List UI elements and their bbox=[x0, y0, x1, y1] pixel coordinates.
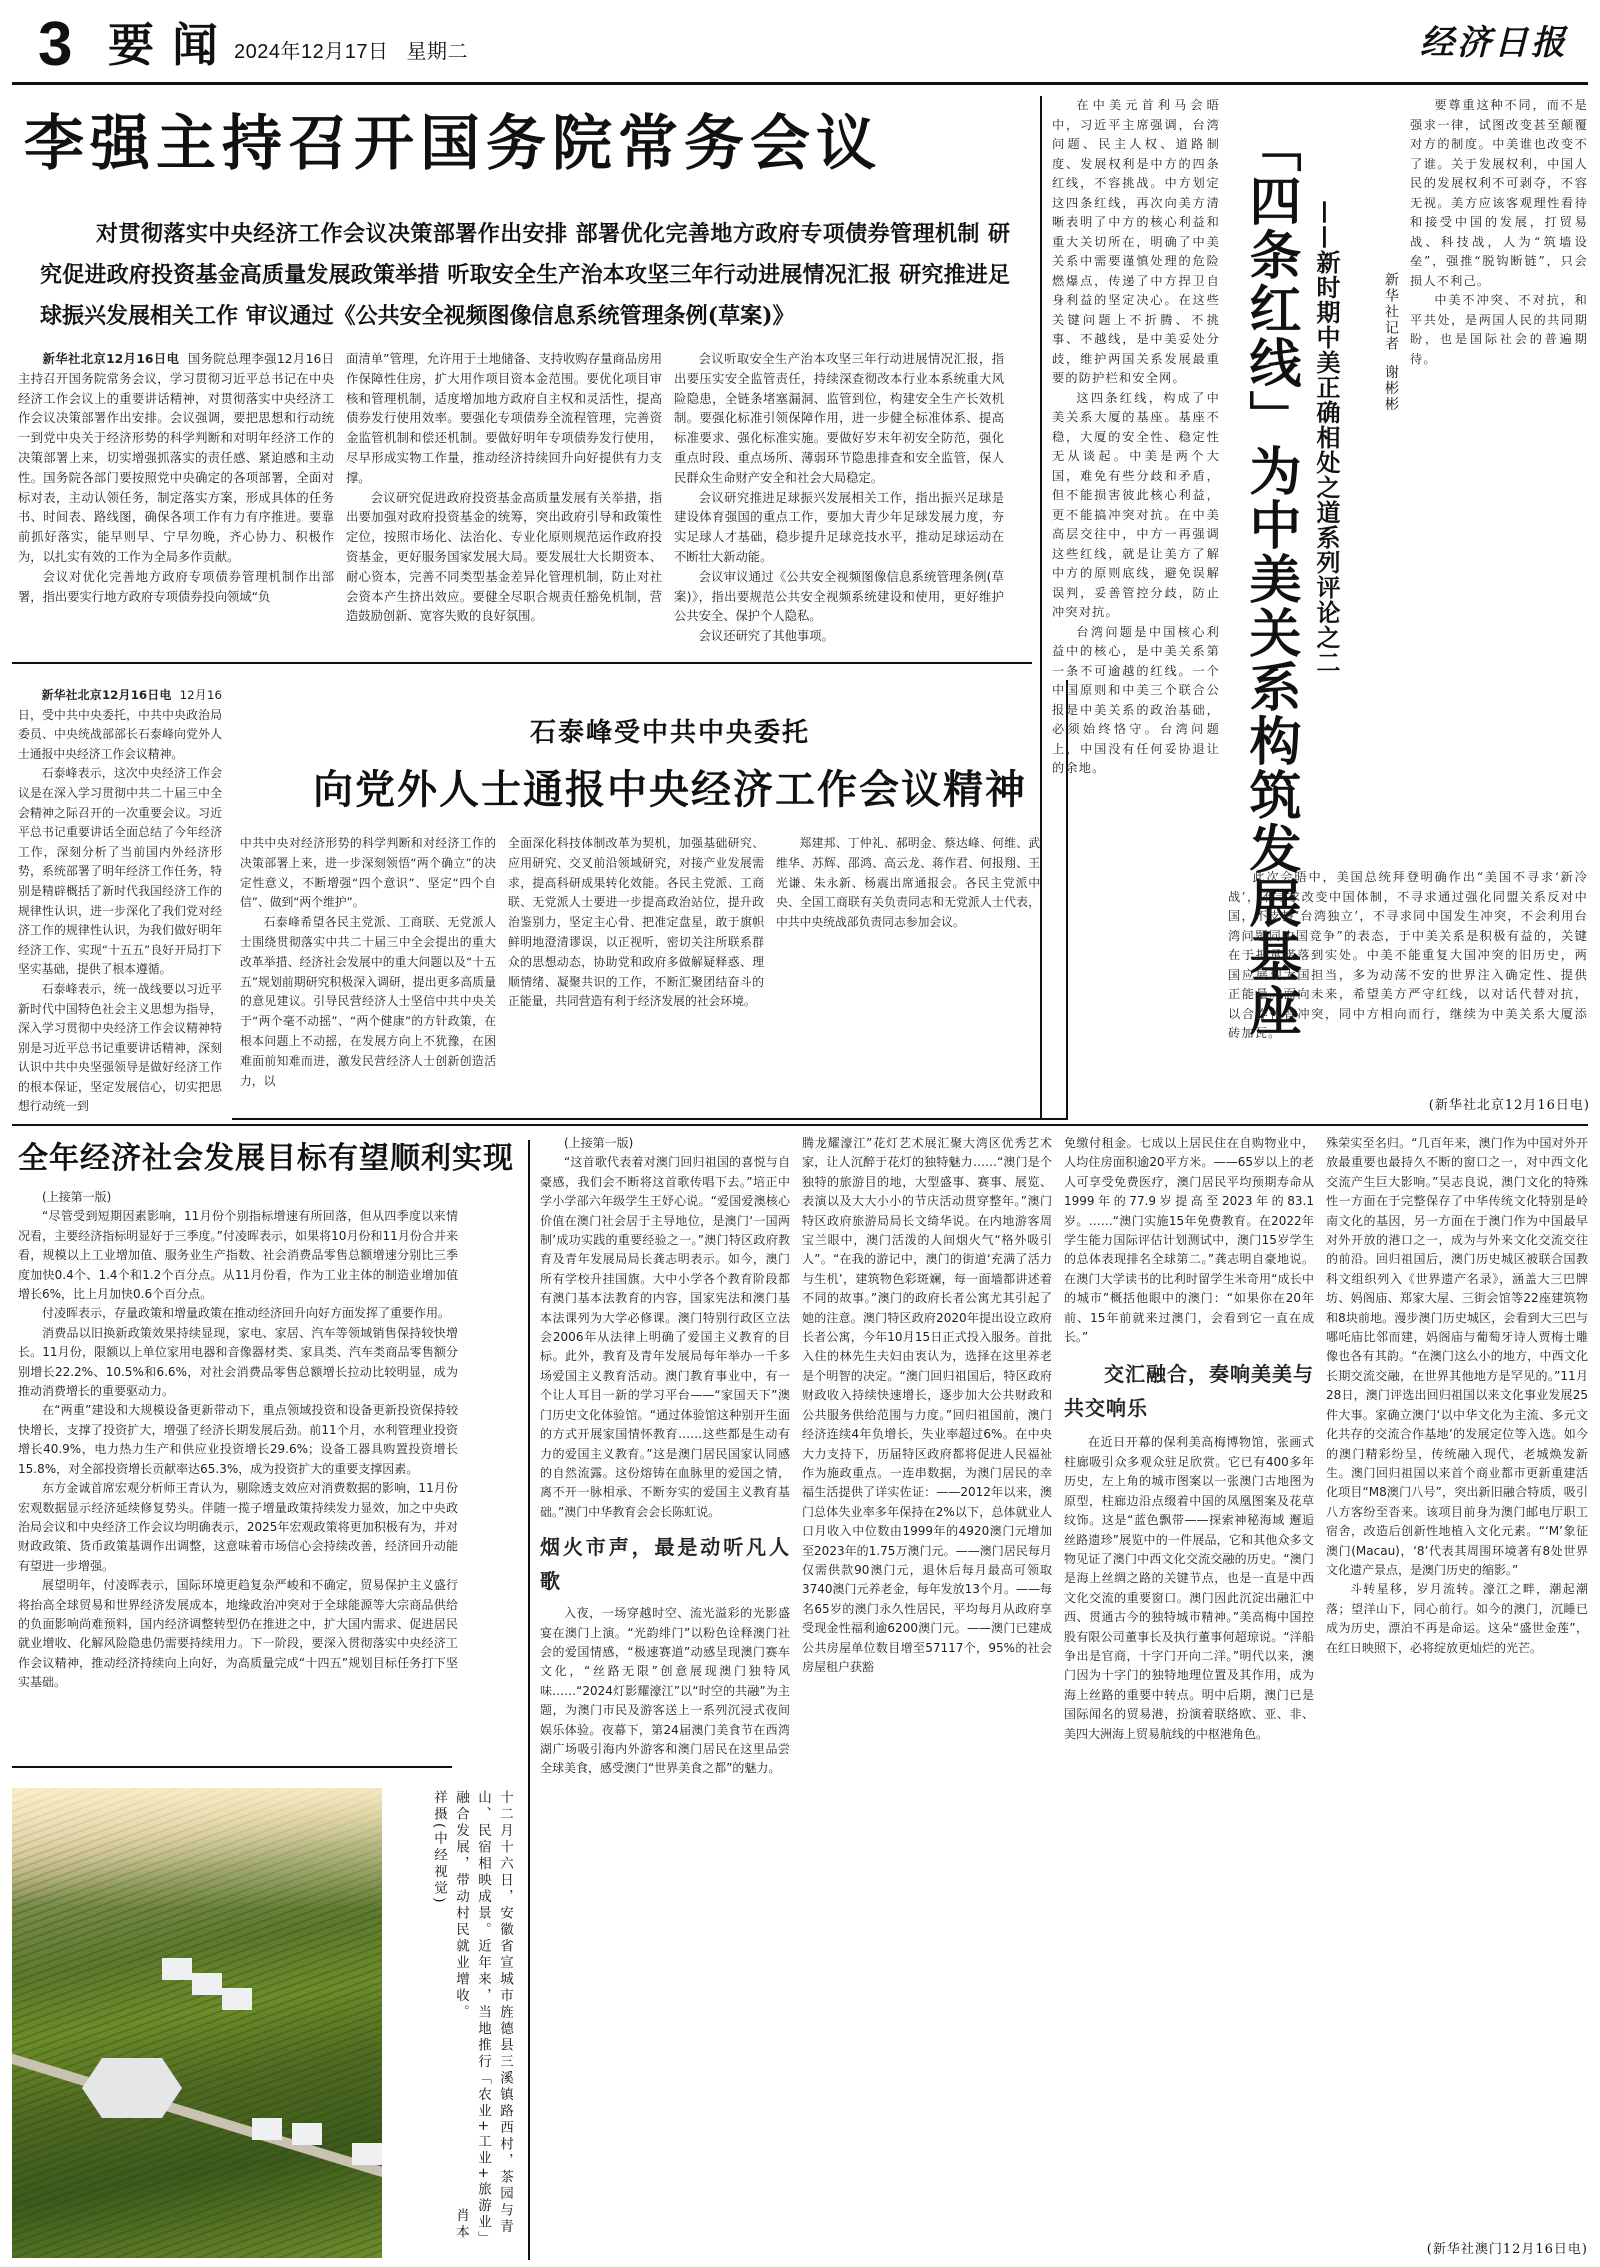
second-column-3: 全面深化科技体制改革为契机，加强基础研究、应用研究、交叉前沿领域研究，对接产业发… bbox=[508, 834, 764, 1012]
commentary-byline: 新华社记者 谢彬彬 bbox=[1352, 272, 1402, 413]
econ-p6: 展望明年，付凌晖表示，国际环境更趋复杂严峻和不确定，贸易保护主义盛行将抬高全球贸… bbox=[18, 1576, 458, 1692]
issue-date: 2024年12月17日星期二 bbox=[234, 32, 468, 72]
second-col2-text: 中共中央对经济形势的科学判断和对经济工作的决策部署上来，进一步深刻领悟“两个确立… bbox=[240, 834, 496, 913]
second-headline: 向党外人士通报中央经济工作会议精神 bbox=[300, 752, 1040, 828]
commentary-column-1: 在中美元首利马会晤中，习近平主席强调，台湾问题、民主人权、道路制度、发展权利是中… bbox=[1052, 96, 1220, 779]
macau-col4-text: 殊荣实至名归。“几百年来，澳门作为中国对外开放最重要也最持久不断的窗口之一，对中… bbox=[1326, 1134, 1588, 1580]
newspaper-logo: 经济日报 bbox=[1420, 18, 1568, 68]
lead-column-2: 面清单”管理，允许用于土地储备、支持收购存量商品房用作保障性住房，扩大用作项目资… bbox=[346, 350, 662, 627]
second-kicker: 石泰峰受中共中央委托 bbox=[300, 710, 1040, 756]
macau-section-heading-2: 交汇融合，奏响美美与共交响乐 bbox=[1064, 1357, 1314, 1425]
macau-column-3: 免缴付租金。七成以上居民住在自购物业中，人均住房面积逾20平方米。——65岁以上… bbox=[1064, 1134, 1314, 1744]
commentary-column-2: 要尊重这种不同，而不是强求一律，试图改变甚至颠覆对方的制度。中美谁也改变不了谁。… bbox=[1410, 96, 1588, 369]
page-number: 3 bbox=[38, 0, 72, 90]
photo-caption: 十二月十六日，安徽省宣城市旌德县三溪镇路西村，茶园与青山、民宿相映成景。近年来，… bbox=[406, 1790, 516, 2250]
econ-p1: “尽管受到短期因素影响，11月份个别指标增速有所回落，但从四季度以来情况看，主要… bbox=[18, 1207, 458, 1304]
commentary-col1c-text: 台湾问题是中国核心利益中的核心，是中美关系第一条不可逾越的红线。一个中国原则和中… bbox=[1052, 623, 1220, 779]
middle-rule bbox=[12, 1124, 1588, 1126]
lead-bottom-rule bbox=[12, 662, 1032, 664]
photo-top-rule bbox=[12, 1766, 452, 1768]
econ-continued: (上接第一版) bbox=[18, 1188, 458, 1207]
section-title: 要闻 bbox=[108, 2, 236, 88]
second-col1b-text: 石泰峰表示，统一战线要以习近平新时代中国特色社会主义思想为指导，深入学习贯彻中央… bbox=[18, 980, 222, 1117]
second-col3b-text: 郑建邦、丁仲礼、郝明金、蔡达峰、何维、武维华、苏辉、邵鸿、高云龙、蒋作君、何报翔… bbox=[776, 834, 1040, 933]
econ-right-rule bbox=[528, 1140, 530, 2260]
commentary-col1-text: 在中美元首利马会晤中，习近平主席强调，台湾问题、民主人权、道路制度、发展权利是中… bbox=[1052, 96, 1220, 389]
macau-col1b-text: 入夜，一场穿越时空、流光溢彩的光影盛宴在澳门上演。“光韵绯门”以粉色诠释澳门社会… bbox=[540, 1604, 790, 1779]
macau-col1-text: “这首歌代表着对澳门回归祖国的喜悦与自豪感，我们会不断将这首歌传唱下去。”培正中… bbox=[540, 1153, 790, 1522]
macau-column-4: 殊荣实至名归。“几百年来，澳门作为中国对外开放最重要也最持久不断的窗口之一，对中… bbox=[1326, 1134, 1588, 1658]
photo-caption-text: 十二月十六日，安徽省宣城市旌德县三溪镇路西村，茶园与青山、民宿相映成景。近年来，… bbox=[453, 1790, 513, 2248]
macau-column-1: (上接第一版) “这首歌代表着对澳门回归祖国的喜悦与自豪感，我们会不断将这首歌传… bbox=[540, 1134, 790, 1779]
macau-closing-text: 斗转星移，岁月流转。濠江之畔，潮起潮落；望洋山下，同心前行。如今的澳门，沉睡已成… bbox=[1326, 1580, 1588, 1658]
commentary-col2b-text: 中美不冲突、不对抗，和平共处，是两国人民的共同期盼，也是国际社会的普遍期待。 bbox=[1410, 291, 1588, 369]
lead-col3b-text: 会议研究推进足球振兴发展相关工作，指出振兴足球是建设体育强国的重点工作，要加大青… bbox=[674, 489, 1004, 568]
lead-column-1: 新华社北京12月16日电 国务院总理李强12月16日主持召开国务院常务会议，学习… bbox=[18, 350, 334, 607]
macau-section-heading-1: 烟火市声，最是动听凡人歌 bbox=[540, 1530, 790, 1598]
byline-role: 新华社记者 bbox=[1383, 272, 1399, 352]
lead-column-3: 会议听取安全生产治本攻坚三年行动进展情况汇报，指出要压实安全监管责任，持续深查彻… bbox=[674, 350, 1004, 647]
lead-col3-text: 会议听取安全生产治本攻坚三年行动进展情况汇报，指出要压实安全监管责任，持续深查彻… bbox=[674, 350, 1004, 489]
weekday-text: 星期二 bbox=[406, 41, 468, 63]
commentary-col2-text: 要尊重这种不同，而不是强求一律，试图改变甚至颠覆对方的制度。中美谁也改变不了谁。… bbox=[1410, 96, 1588, 291]
commentary-bottom: 此次会晤中，美国总统拜登明确作出“美国不寻求‘新冷战’，不寻求改变中国体制，不寻… bbox=[1228, 868, 1588, 1044]
macau-col3b-text: 在近日开幕的保利美高梅博物馆，张画式柱廊吸引众多观众驻足欣赏。它已有400多年历… bbox=[1064, 1433, 1314, 1744]
macau-col2-text: 腾龙耀濠江”花灯艺术展汇聚大湾区优秀艺术家，让人沉醉于花灯的独特魅力……“澳门是… bbox=[802, 1134, 1052, 1677]
lead-col1b-text: 会议对优化完善地方政府专项债券管理机制作出部署，指出要实行地方政府专项债券投向领… bbox=[18, 568, 334, 608]
lead-headline: 李强主持召开国务院常务会议 bbox=[24, 88, 1004, 200]
econ-p4: 在“两重”建设和大规模设备更新带动下，重点领域投资和设备更新投资保持较快增长，支… bbox=[18, 1401, 458, 1479]
lead-col2-text: 面清单”管理，允许用于土地储备、支持收购存量商品房用作保障性住房，扩大用作项目资… bbox=[346, 350, 662, 489]
lead-col3c-text: 会议审议通过《公共安全视频图像信息系统管理条例(草案)》，指出要规范公共安全视频… bbox=[674, 568, 1004, 627]
second-column-1: 新华社北京12月16日电 12月16日，受中共中央委托，中共中央政治局委员、中央… bbox=[18, 686, 222, 1117]
date-text: 2024年12月17日 bbox=[234, 41, 388, 63]
second-col1-text: 石泰峰表示，这次中央经济工作会议是在深入学习贯彻中共二十届三中全会精神之际召开的… bbox=[18, 764, 222, 980]
commentary-end-dateline: (新华社北京12月16日电) bbox=[1400, 1096, 1590, 1116]
macau-end-dateline: (新华社澳门12月16日电) bbox=[1380, 2240, 1588, 2260]
commentary-left-rule bbox=[1040, 96, 1042, 1118]
lead-dateline: 新华社北京12月16日电 bbox=[43, 352, 180, 366]
econ-p2: 付凌晖表示，存量政策和增量政策在推动经济回升向好方面发挥了重要作用。 bbox=[18, 1304, 458, 1323]
second-column-2: 中共中央对经济形势的科学判断和对经济工作的决策部署上来，进一步深刻领悟“两个确立… bbox=[240, 834, 496, 1091]
commentary-bottom-text: 此次会晤中，美国总统拜登明确作出“美国不寻求‘新冷战’，不寻求改变中国体制，不寻… bbox=[1228, 868, 1588, 1044]
second-column-4: 郑建邦、丁仲礼、郝明金、蔡达峰、何维、武维华、苏辉、邵鸿、高云龙、蒋作君、何报翔… bbox=[776, 834, 1040, 933]
byline-name: 谢彬彬 bbox=[1383, 365, 1399, 413]
lead-deck: 对贯彻落实中央经济工作会议决策部署作出安排 部署优化完善地方政府专项债券管理机制… bbox=[40, 214, 1010, 337]
commentary-col1b-text: 这四条红线，构成了中美关系大厦的基座。基座不稳，大厦的安全性、稳定性无从谈起。中… bbox=[1052, 389, 1220, 623]
second-col2b-text: 石泰峰希望各民主党派、工商联、无党派人士围绕贯彻落实中共二十届三中全会提出的重大… bbox=[240, 913, 496, 1091]
lead-col1-text: 国务院总理李强12月16日主持召开国务院常务会议，学习贯彻习近平总书记在中央经济… bbox=[18, 352, 334, 564]
second-col3-text: 全面深化科技体制改革为契机，加强基础研究、应用研究、交叉前沿领域研究，对接产业发… bbox=[508, 834, 764, 1012]
commentary-subtitle: ——新时期中美正确相处之道系列评论之二 bbox=[1306, 200, 1346, 675]
lead-col2b-text: 会议研究促进政府投资基金高质量发展有关举措，指出要加强对政府投资基金的统筹，突出… bbox=[346, 489, 662, 628]
macau-col3-text: 免缴付租金。七成以上居民住在自购物业中，人均住房面积逾20平方米。——65岁以上… bbox=[1064, 1134, 1314, 1347]
econ-body: (上接第一版) “尽管受到短期因素影响，11月份个别指标增速有所回落，但从四季度… bbox=[18, 1188, 458, 1693]
macau-continued: (上接第一版) bbox=[540, 1134, 790, 1153]
econ-p3: 消费品以旧换新政策效果持续显现，家电、家居、汽车等领域销售保持较快增长。11月份… bbox=[18, 1324, 458, 1402]
aerial-tea-garden-photo bbox=[12, 1788, 382, 2258]
second-dateline: 新华社北京12月16日电 bbox=[42, 688, 172, 702]
masthead-rule bbox=[12, 82, 1588, 85]
econ-p5: 东方金诚首席宏观分析师王青认为，剔除透支效应对消费数据的影响，11月份宏观数据显… bbox=[18, 1479, 458, 1576]
macau-column-2: 腾龙耀濠江”花灯艺术展汇聚大湾区优秀艺术家，让人沉醉于花灯的独特魅力……“澳门是… bbox=[802, 1134, 1052, 1677]
lead-col3d-text: 会议还研究了其他事项。 bbox=[674, 627, 1004, 647]
econ-headline: 全年经济社会发展目标有望顺利实现 bbox=[18, 1134, 518, 1184]
